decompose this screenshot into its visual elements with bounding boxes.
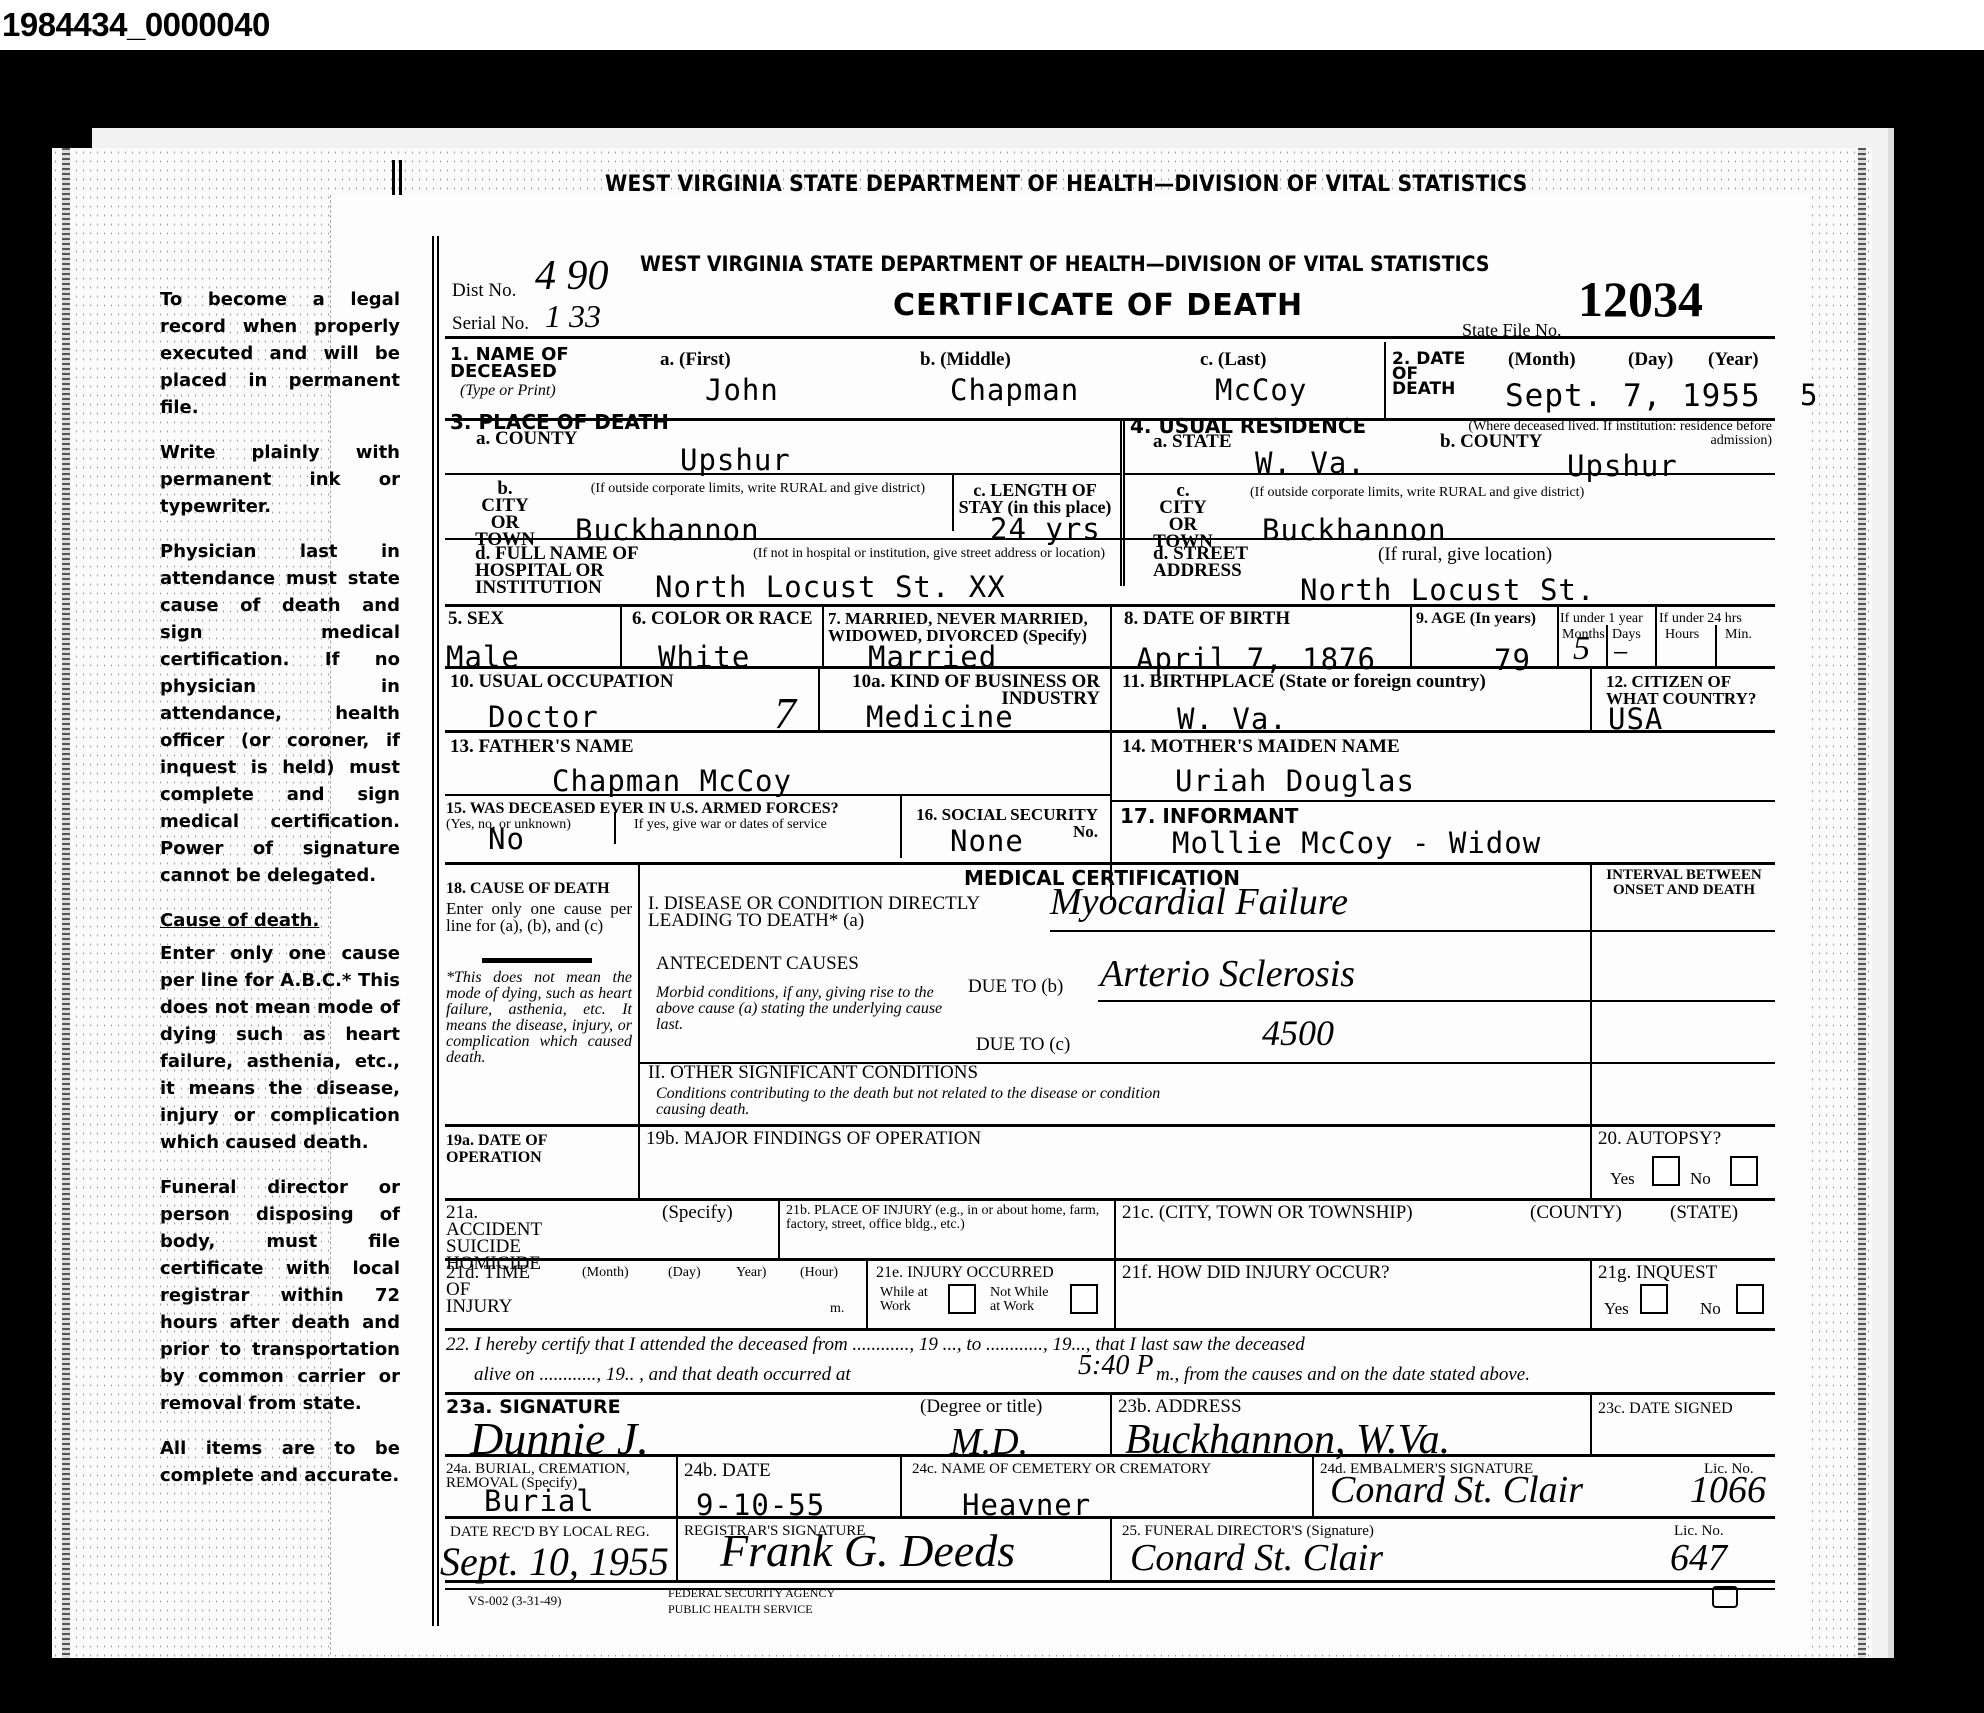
cause-a-value: Myocardial Failure [1050, 880, 1348, 924]
part2-label: II. OTHER SIGNIFICANT CONDITIONS [648, 1064, 978, 1081]
item21c-label: 21c. (CITY, TOWN OR TOWNSHIP) [1122, 1204, 1413, 1221]
rule [1384, 342, 1386, 420]
item15-sub2: If yes, give war or dates of service [634, 818, 827, 832]
serial-no-label: Serial No. [452, 313, 529, 335]
res-city-note: (If outside corporate limits, write RURA… [1250, 486, 1584, 500]
rule [1050, 930, 1775, 932]
hospital-label: d. FULL NAME OF HOSPITAL OR INSTITUTION [475, 545, 660, 596]
rule [1120, 418, 1125, 586]
item7-label: 7. MARRIED, NEVER MARRIED, WIDOWED, DIVO… [828, 610, 1098, 644]
rule [445, 473, 1120, 475]
death-county-label: a. COUNTY [476, 430, 577, 447]
res-city-value: Buckhannon [1262, 513, 1447, 547]
file-id-bar: 1984434_0000040 [0, 0, 1984, 50]
antecedent-note: Morbid conditions, if any, giving rise t… [656, 985, 956, 1033]
rule [445, 1454, 1775, 1457]
inquest-yes-label: Yes [1604, 1302, 1629, 1316]
item21e-label: 21e. INJURY OCCURRED [876, 1266, 1054, 1280]
rule [445, 1588, 1775, 1590]
item21d-label: 21d. TIME OF INJURY [446, 1264, 536, 1315]
rule [676, 1516, 678, 1580]
death-time-value: 5:40 P [1078, 1350, 1153, 1382]
part2-note: Conditions contributing to the death but… [656, 1086, 1176, 1118]
last-name-label: c. (Last) [1200, 351, 1266, 368]
days-value: — [1614, 640, 1628, 665]
rule [614, 812, 616, 844]
item5-label: 5. SEX [448, 610, 504, 627]
instruction-cause-heading: Cause of death. [160, 907, 400, 934]
rule [866, 1258, 868, 1328]
not-while-at-work-checkbox[interactable] [1070, 1284, 1098, 1314]
rule [778, 1198, 780, 1258]
rule [1110, 800, 1775, 802]
rule [620, 604, 622, 666]
paper-edge-left [62, 148, 70, 1658]
under1-label: If under 1 year [1560, 612, 1643, 626]
form-number: VS-002 (3-31-49) [468, 1594, 562, 1608]
paper-edge-right [1858, 148, 1866, 1658]
item15-label: 15. WAS DECEASED EVER IN U.S. ARMED FORC… [446, 800, 839, 817]
rule [445, 1198, 1775, 1201]
rec-date-value: Sept. 10, 1955 [440, 1538, 669, 1585]
rule [1590, 862, 1592, 1198]
part1-label: I. DISEASE OR CONDITION DIRECTLY LEADING… [648, 895, 1008, 929]
res-county-value: Upshur [1567, 449, 1678, 483]
instruction-physician: Physician last in attendance must state … [160, 538, 400, 889]
rule [1715, 625, 1717, 666]
not-while-at-work-label: Not While at Work [990, 1286, 1054, 1314]
item24c-label: 24c. NAME OF CEMETERY OR CREMATORY [912, 1462, 1211, 1476]
last-name-value: McCoy [1215, 373, 1307, 407]
while-at-work-label: While at Work [880, 1286, 930, 1314]
first-name-value: John [705, 373, 779, 407]
injury-year-label: Year) [736, 1266, 766, 1280]
item22-line2b: m., from the causes and on the date stat… [1156, 1366, 1530, 1384]
hospital-value: North Locust St. XX [655, 570, 1006, 604]
autopsy-no-label: No [1690, 1172, 1711, 1186]
rule [1114, 1198, 1116, 1328]
item9-label: 9. AGE (In years) [1416, 610, 1536, 627]
rule [900, 1454, 902, 1516]
rule [1312, 1454, 1314, 1516]
item1-label: 1. NAME OF DECEASED [450, 346, 620, 380]
street-note: (If rural, give location) [1378, 546, 1552, 563]
item14-label: 14. MOTHER'S MAIDEN NAME [1122, 738, 1400, 755]
months-value: 5 [1573, 630, 1590, 668]
min-label: Min. [1725, 628, 1752, 642]
rule [818, 666, 820, 730]
item13-label: 13. FATHER'S NAME [450, 738, 634, 755]
death-day-label: (Day) [1628, 351, 1673, 368]
autopsy-yes-label: Yes [1610, 1172, 1635, 1186]
injury-month-label: (Month) [582, 1266, 629, 1280]
injury-day-label: (Day) [668, 1266, 701, 1280]
rule [1110, 1392, 1112, 1454]
degree-label: (Degree or title) [920, 1398, 1042, 1415]
item2-label: 2. DATE OF DEATH [1392, 352, 1472, 397]
father-value: Chapman McCoy [552, 764, 792, 798]
res-state-label: a. STATE [1153, 433, 1232, 450]
middle-name-value: Chapman [950, 373, 1079, 407]
item22-line2a: alive on ............, 19.. , and that d… [474, 1366, 851, 1384]
rule [445, 538, 1775, 540]
physician-signature: Dunnie J. [470, 1412, 649, 1465]
director-signature: Conard St. Clair [1130, 1536, 1383, 1580]
street-label: d. STREET ADDRESS [1153, 545, 1263, 579]
rule [822, 604, 824, 666]
age-value: 79 [1494, 643, 1531, 677]
instruction-complete: All items are to be complete and accurat… [160, 1435, 400, 1489]
rule [1410, 604, 1412, 666]
injury-hour-label: (Hour) [800, 1266, 838, 1280]
item11-label: 11. BIRTHPLACE (State or foreign country… [1122, 673, 1486, 690]
cause-c-value: 4500 [1262, 1012, 1334, 1054]
death-year-label: (Year) [1708, 351, 1759, 368]
middle-name-label: b. (Middle) [920, 351, 1011, 368]
inquest-no-label: No [1700, 1302, 1721, 1316]
item17-label: 17. INFORMANT [1120, 804, 1298, 828]
instruction-cause: Enter only one cause per line for A.B.C.… [160, 940, 400, 1156]
rule [1590, 1258, 1592, 1328]
rule [445, 862, 1775, 865]
item24b-label: 24b. DATE [684, 1462, 771, 1479]
item6-label: 6. COLOR OR RACE [632, 610, 813, 627]
cause-b-value: Arterio Sclerosis [1100, 952, 1355, 996]
file-id: 1984434_0000040 [2, 6, 270, 44]
item21c-state: (STATE) [1670, 1204, 1738, 1221]
rule [445, 1258, 1775, 1261]
rule [1110, 1516, 1112, 1580]
industry-value: Medicine [866, 700, 1014, 734]
embalmer-signature: Conard St. Clair [1330, 1468, 1583, 1512]
informant-value: Mollie McCoy - Widow [1172, 826, 1541, 860]
rule [445, 1580, 1775, 1583]
item18-note2: *This does not mean the mode of dying, s… [446, 970, 632, 1066]
certificate-title: CERTIFICATE OF DEATH [893, 288, 1303, 323]
rule [445, 794, 1110, 796]
item21c-county: (COUNTY) [1530, 1204, 1622, 1221]
rule [1557, 604, 1559, 666]
rule [445, 1124, 1775, 1127]
item19b-label: 19b. MAJOR FINDINGS OF OPERATION [646, 1130, 981, 1147]
director-lic-value: 647 [1670, 1536, 1727, 1580]
disposition-value: Burial [484, 1484, 595, 1518]
death-month-label: (Month) [1508, 351, 1576, 368]
item10-label: 10. USUAL OCCUPATION [450, 673, 674, 690]
header-bottom-rule [445, 336, 1775, 339]
state-file-number: 12034 [1578, 270, 1703, 328]
registrar-signature: Frank G. Deeds [720, 1524, 1015, 1577]
item1-sub: (Type or Print) [460, 382, 556, 400]
item18-label: 18. CAUSE OF DEATH [446, 880, 610, 897]
rule [1590, 666, 1592, 730]
inquest-no-checkbox[interactable] [1736, 1284, 1764, 1314]
footer-agency-1: FEDERAL SECURITY AGENCY [668, 1586, 835, 1600]
stay-value: 24 yrs [990, 512, 1101, 546]
death-city-note: (If outside corporate limits, write RURA… [580, 482, 925, 496]
margin-mark: 5 [1800, 378, 1818, 412]
item21f-label: 21f. HOW DID INJURY OCCUR? [1122, 1264, 1390, 1281]
outer-header: WEST VIRGINIA STATE DEPARTMENT OF HEALTH… [605, 172, 1527, 197]
item21b-label: 21b. PLACE OF INJURY (e.g., in or about … [786, 1204, 1112, 1232]
hours-label: Hours [1665, 628, 1699, 642]
form-agency: WEST VIRGINIA STATE DEPARTMENT OF HEALTH… [640, 252, 1490, 276]
item19a-label: 19a. DATE OF OPERATION [446, 1132, 576, 1166]
embalmer-lic-value: 1066 [1690, 1468, 1766, 1512]
occupation-value: Doctor [488, 700, 599, 734]
item20-label: 20. AUTOPSY? [1598, 1130, 1721, 1147]
death-city-value: Buckhannon [575, 513, 760, 547]
footer-agency-2: PUBLIC HEALTH SERVICE [668, 1602, 813, 1616]
under24-label: If under 24 hrs [1659, 612, 1742, 626]
item8-label: 8. DATE OF BIRTH [1124, 610, 1290, 627]
due-c-label: DUE TO (c) [976, 1036, 1070, 1053]
while-at-work-checkbox[interactable] [948, 1284, 976, 1314]
physician-degree: M.D. [950, 1420, 1028, 1464]
rule [1606, 625, 1608, 666]
instructions-column: To become a legal record when properly e… [160, 286, 400, 1507]
rule [445, 666, 1775, 669]
item22-line1: 22. I hereby certify that I attended the… [446, 1336, 1305, 1354]
death-date-value: Sept. 7, 1955 [1505, 378, 1761, 414]
rule [638, 1124, 640, 1198]
antecedent-label: ANTECEDENT CAUSES [656, 955, 859, 972]
item21g-label: 21g. INQUEST [1598, 1264, 1717, 1281]
first-name-label: a. (First) [660, 351, 731, 368]
item18-note1: Enter only one cause per line for (a), (… [446, 900, 632, 934]
item23c-label: 23c. DATE SIGNED [1598, 1400, 1733, 1417]
autopsy-no-checkbox[interactable] [1730, 1156, 1758, 1186]
item21a-specify: (Specify) [662, 1204, 733, 1221]
rule [638, 862, 640, 1124]
dist-no-value: 4 90 [535, 252, 609, 300]
item23b-label: 23b. ADDRESS [1118, 1398, 1242, 1415]
union-label-icon [1712, 1586, 1738, 1608]
due-b-label: DUE TO (b) [968, 978, 1063, 995]
dist-no-label: Dist No. [452, 280, 516, 302]
rule [1655, 604, 1657, 666]
stay-label: c. LENGTH OF STAY (in this place) [955, 482, 1115, 516]
rule [952, 473, 954, 531]
rule [1590, 1392, 1592, 1454]
street-value: North Locust St. [1300, 573, 1595, 607]
mother-value: Uriah Douglas [1175, 764, 1415, 798]
armed-forces-value: No [488, 822, 525, 856]
interval-label: INTERVAL BETWEEN ONSET AND DEATH [1598, 868, 1770, 898]
instruction-write: Write plainly with permanent ink or type… [160, 439, 400, 520]
inquest-yes-checkbox[interactable] [1640, 1284, 1668, 1314]
serial-no-value: 1 33 [545, 298, 601, 335]
rule [676, 1454, 678, 1516]
rule [482, 958, 592, 963]
autopsy-yes-checkbox[interactable] [1652, 1156, 1680, 1186]
rule [445, 1328, 1775, 1331]
death-county-value: Upshur [680, 443, 791, 477]
rule [1125, 473, 1775, 475]
rule [1098, 1000, 1775, 1002]
instruction-legal: To become a legal record when properly e… [160, 286, 400, 421]
instruction-funeral: Funeral director or person disposing of … [160, 1174, 400, 1417]
hospital-note: (If not in hospital or institution, give… [720, 547, 1105, 561]
ssn-value: None [950, 824, 1024, 858]
form-left-rule [432, 236, 439, 1626]
injury-m-label: m. [830, 1302, 844, 1316]
res-county-label: b. COUNTY [1440, 433, 1542, 450]
rule [900, 794, 902, 858]
